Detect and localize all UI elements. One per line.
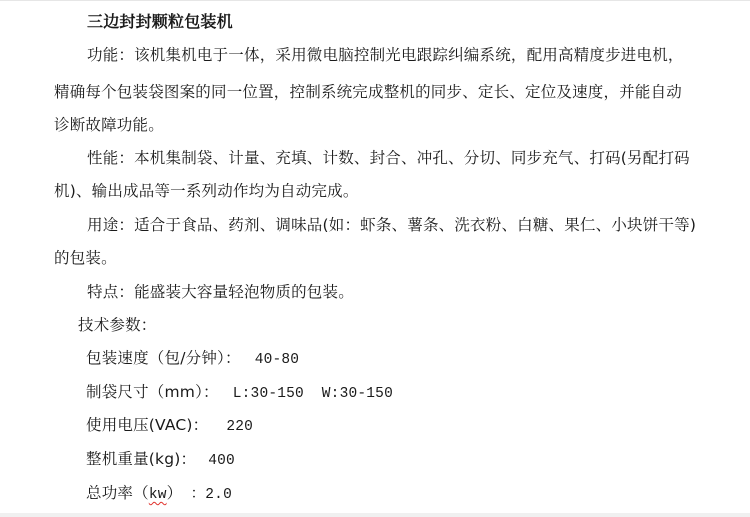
function-paragraph-line-1: 功能：该机集机电于一体，采用微电脑控制光电跟踪纠编系统，配用高精度步进电机， [87,45,684,65]
spec-value: 40-80 [255,352,300,368]
spec-value: ：2.0 [191,487,232,503]
function-paragraph-line-2: 精确每个包装袋图案的同一位置，控制系统完成整机的同步、定长、定位及速度，并能自动 [54,82,682,102]
spec-label: 包装速度（包/分钟）： [86,349,241,367]
usage-paragraph-line-2: 的包装。 [54,248,117,268]
top-border [0,0,750,1]
usage-paragraph-line-1: 用途：适合于食品、药剂、调味品(如：虾条、薯条、洗衣粉、白糖、果仁、小块饼干等) [87,215,696,235]
spec-label: 总功率（ [86,484,149,502]
spec-row-speed: 包装速度（包/分钟）：40-80 [86,348,299,370]
function-paragraph-line-3: 诊断故障功能。 [54,115,164,135]
performance-paragraph-line-2: 机)、输出成品等一系列动作均为自动完成。 [54,181,359,201]
spec-row-weight: 整机重量(kg)：400 [86,449,235,471]
spec-row-voltage: 使用电压(VAC)：220 [86,415,253,437]
spec-value: 220 [226,419,253,435]
spec-label: 使用电压(VAC)： [86,416,208,434]
spelling-flagged-unit: kw [149,487,167,503]
performance-paragraph-line-1: 性能：本机集制袋、计量、充填、计数、封合、冲孔、分切、同步充气、打码(另配打码 [87,148,690,168]
spec-value: 400 [208,453,235,469]
specs-heading: 技术参数： [78,315,157,335]
bottom-border [0,513,750,517]
feature-paragraph: 特点：能盛装大容量轻泡物质的包装。 [87,282,354,302]
spec-label: 整机重量(kg)： [86,450,196,468]
spec-row-bag-size: 制袋尺寸（mm）：L:30-150 W:30-150 [86,382,393,404]
spec-label: 制袋尺寸（mm）： [86,383,219,401]
spec-value: L:30-150 W:30-150 [233,386,393,402]
document-title: 三边封封颗粒包装机 [87,12,233,32]
spec-row-power: 总功率（kw）：2.0 [86,483,232,505]
spec-label-suffix: ） [167,484,175,502]
